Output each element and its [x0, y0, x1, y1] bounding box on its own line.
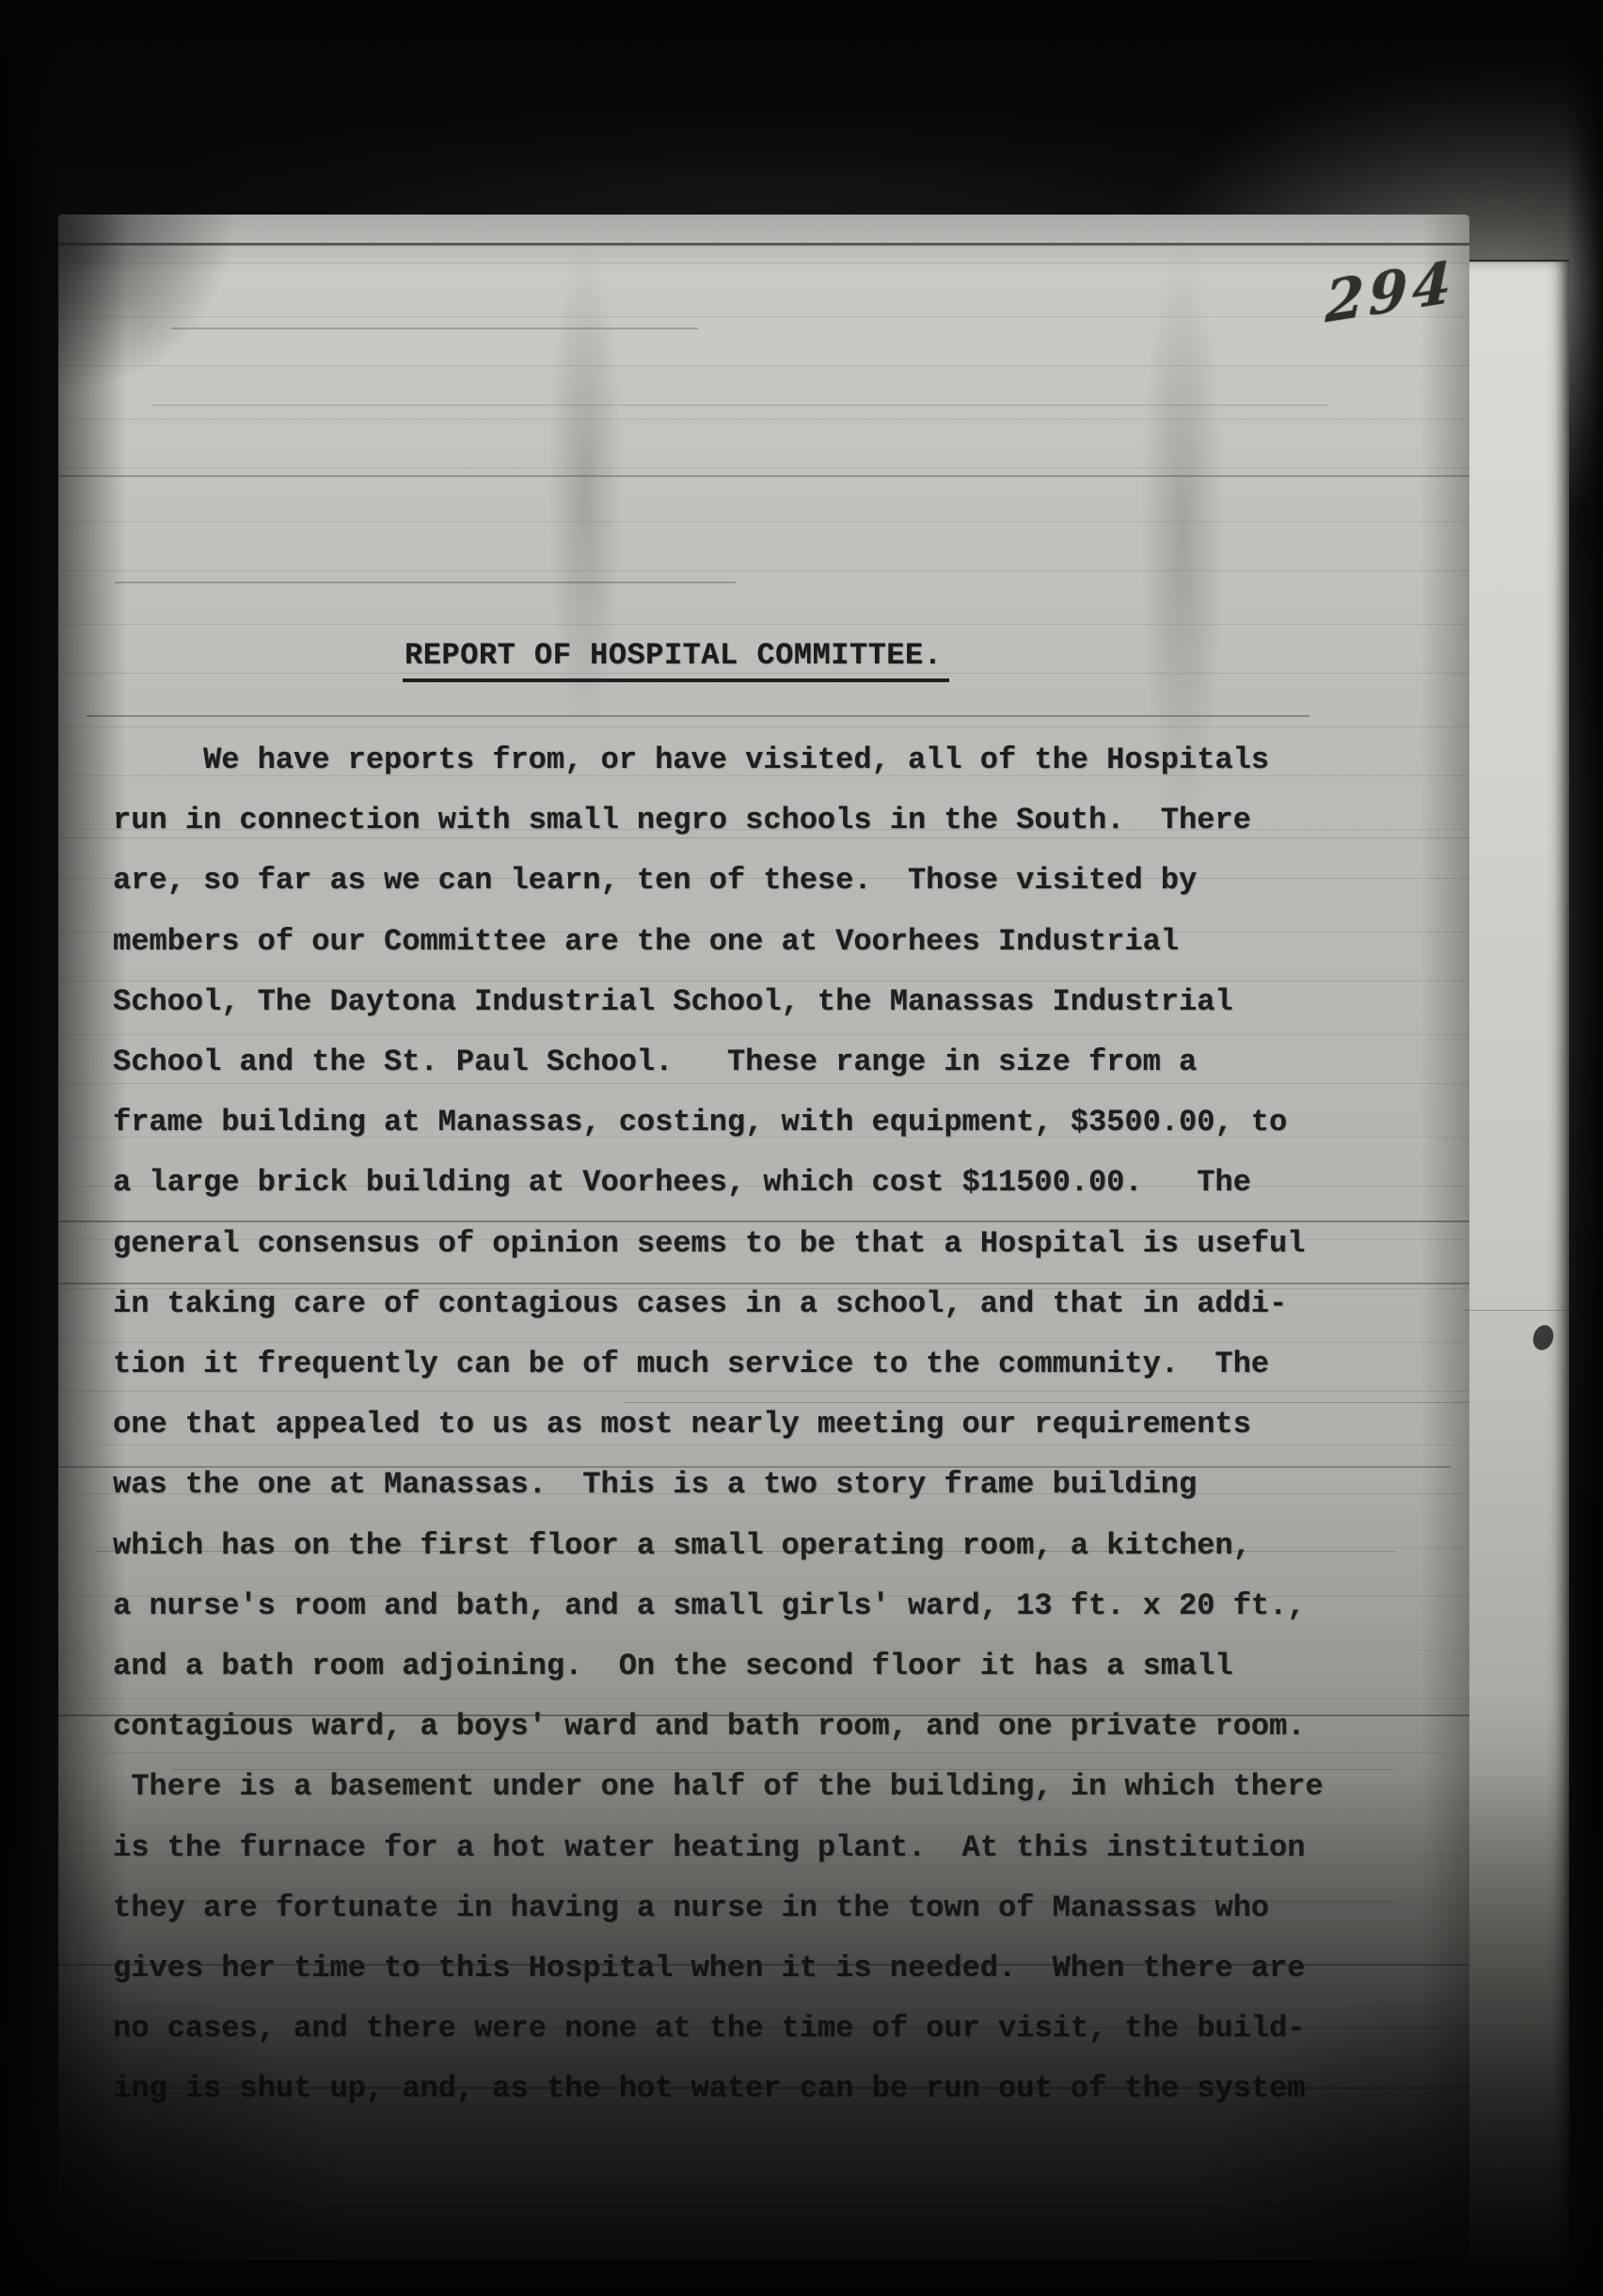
photo-frame: 294 REPORT OF HOSPITAL COMMITTEE. We hav…	[0, 0, 1603, 2296]
text-line: general consensus of opinion seems to be…	[113, 1214, 1324, 1274]
text-line: frame building at Manassas, costing, wit…	[113, 1092, 1324, 1153]
text-line: is the furnace for a hot water heating p…	[113, 1818, 1324, 1878]
text-line: School, The Daytona Industrial School, t…	[113, 972, 1324, 1032]
text-line: There is a basement under one half of th…	[113, 1757, 1324, 1817]
text-line: gives her time to this Hospital when it …	[113, 1938, 1324, 1999]
text-line: School and the St. Paul School. These ra…	[113, 1032, 1324, 1092]
text-line: they are fortunate in having a nurse in …	[113, 1878, 1324, 1938]
text-line: ing is shut up, and, as the hot water ca…	[113, 2059, 1324, 2119]
text-line: one that appealed to us as most nearly m…	[113, 1395, 1324, 1455]
underlying-page	[1464, 260, 1569, 2262]
text-line: a large brick building at Voorhees, whic…	[113, 1153, 1324, 1213]
crease-line	[58, 243, 1469, 246]
crease-line	[58, 2207, 1469, 2208]
text-line: a nurse's room and bath, and a small gir…	[113, 1576, 1324, 1636]
text-line: and a bath room adjoining. On the second…	[113, 1636, 1324, 1697]
crease-line	[58, 475, 1469, 477]
text-line: tion it frequently can be of much servic…	[113, 1334, 1324, 1395]
crease-line	[171, 327, 698, 329]
text-line: which has on the first floor a small ope…	[113, 1516, 1324, 1576]
text-line: in taking care of contagious cases in a …	[113, 1274, 1324, 1334]
text-line: run in connection with small negro schoo…	[113, 790, 1324, 851]
page-number: 294	[1325, 248, 1456, 336]
crease-line	[115, 582, 736, 583]
document-title: REPORT OF HOSPITAL COMMITTEE.	[403, 638, 949, 682]
text-line: no cases, and there were none at the tim…	[113, 1999, 1324, 2059]
crease-line	[87, 715, 1309, 717]
text-line: are, so far as we can learn, ten of thes…	[113, 851, 1324, 911]
text-line: members of our Committee are the one at …	[113, 912, 1324, 972]
crease-line	[152, 405, 1328, 406]
text-line: contagious ward, a boys' ward and bath r…	[113, 1697, 1324, 1757]
text-line: was the one at Manassas. This is a two s…	[113, 1455, 1324, 1515]
text-line: We have reports from, or have visited, a…	[113, 730, 1324, 790]
document-body: We have reports from, or have visited, a…	[113, 730, 1324, 2120]
document-page: 294 REPORT OF HOSPITAL COMMITTEE. We hav…	[58, 215, 1469, 2260]
